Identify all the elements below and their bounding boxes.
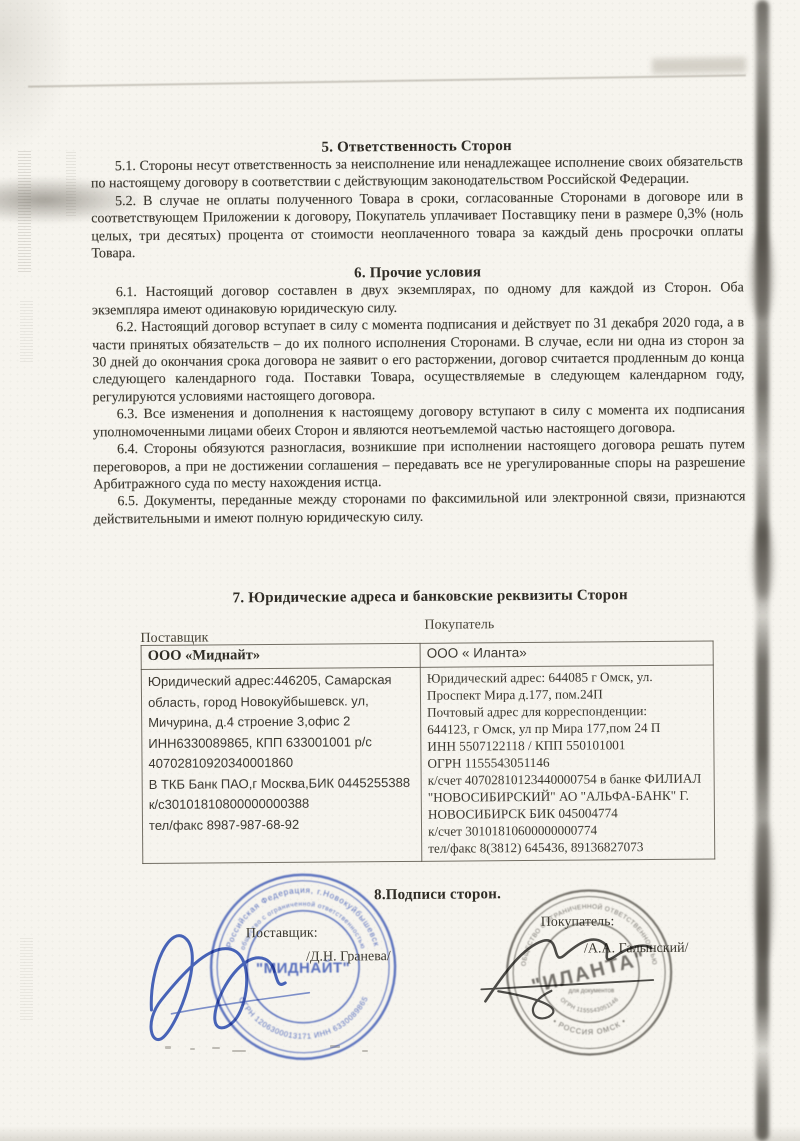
table-row-details: Юридический адрес:446205, Самарская обла… [141,665,715,863]
section-7-heading: 7. Юридические адреса и банковские рекви… [104,585,756,608]
clause-6-4: 6.4. Стороны обязуются разногласия, возн… [93,436,745,493]
supplier-name-cell: ООО «Миднайт» [141,643,420,669]
clause-5-2: 5.2. В случае не оплаты полученного Това… [91,188,744,263]
buyer-stamp-arc-bottom-text: • РОССИЯ ОМСК • [551,1016,628,1037]
supplier-role-label: Поставщик: [246,926,318,943]
buyer-details-cell: Юридический адрес: 644085 г Омск, ул. Пр… [420,665,715,861]
supplier-stamp-arc-bottom-text: ОГРН 1206300013171 ИНН 6330089865 [237,995,370,1042]
clause-6-2: 6.2. Настоящий договор вступает в силу с… [92,315,745,407]
clause-5-1: 5.1. Стороны несут ответственность за не… [91,153,743,193]
buyer-name-cell: ООО « Иланта» [420,641,713,667]
requisites-table: ООО «Миднайт» ООО « Иланта» Юридический … [141,641,716,864]
svg-text:• РОССИЯ ОМСК •: • РОССИЯ ОМСК • [551,1016,628,1037]
supplier-round-stamp: Российская Федерация, г.Новокуйбышевск о… [202,866,404,1068]
buyer-stamp-center-sub-text: для документов [568,987,615,994]
buyer-round-stamp: ОБЩЕСТВО С ОГРАНИЧЕННОЙ ОТВЕТСТВЕННОСТЬЮ… [498,882,679,1063]
clause-6-3: 6.3. Все изменения и дополнения к настоя… [93,402,745,442]
svg-text:ОГРН 1206300013171 ИНН 633008: ОГРН 1206300013171 ИНН 6330089865 [237,995,370,1042]
buyer-signatory-name: /А.А. Галынский/ [584,941,689,958]
clause-6-1: 6.1. Настоящий договор составлен в двух … [92,280,744,320]
contract-body-text: 5. Ответственность Сторон 5.1. Стороны н… [91,135,746,528]
supplier-details-cell: Юридический адрес:446205, Самарская обла… [141,667,422,863]
buyer-column-label: Покупатель [424,617,494,634]
contract-sheet: 5. Ответственность Сторон 5.1. Стороны н… [0,0,800,1141]
svg-text:ОГРН 1155543051146: ОГРН 1155543051146 [559,997,621,1015]
buyer-stamp-inner-arc-text: ОГРН 1155543051146 [559,997,621,1015]
supplier-signatory-name: /Д.Н. Гранева/ [306,949,391,966]
clause-6-5: 6.5. Документы, переданные между сторона… [93,489,745,529]
buyer-role-label: Покупатель: [541,914,615,931]
scanned-contract-page: 5. Ответственность Сторон 5.1. Стороны н… [0,0,800,1141]
